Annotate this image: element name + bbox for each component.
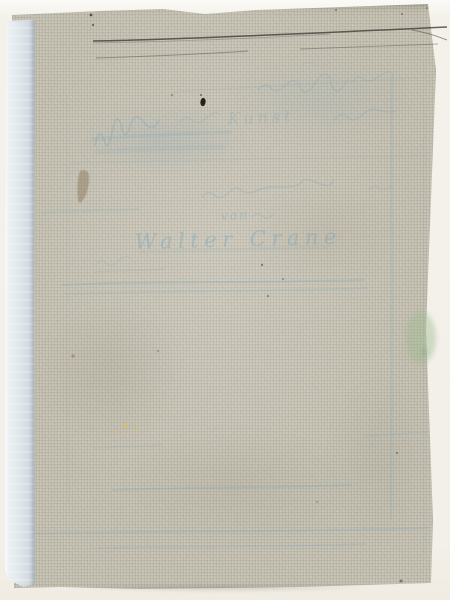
linen-canvas-back (0, 0, 450, 600)
bottom-drop-shadow (18, 586, 426, 594)
tape-strip-left-edge (5, 19, 35, 587)
photo-mat-background: Kunst van Walter Crane (0, 0, 450, 600)
canvas-edge-vignette (0, 0, 450, 600)
